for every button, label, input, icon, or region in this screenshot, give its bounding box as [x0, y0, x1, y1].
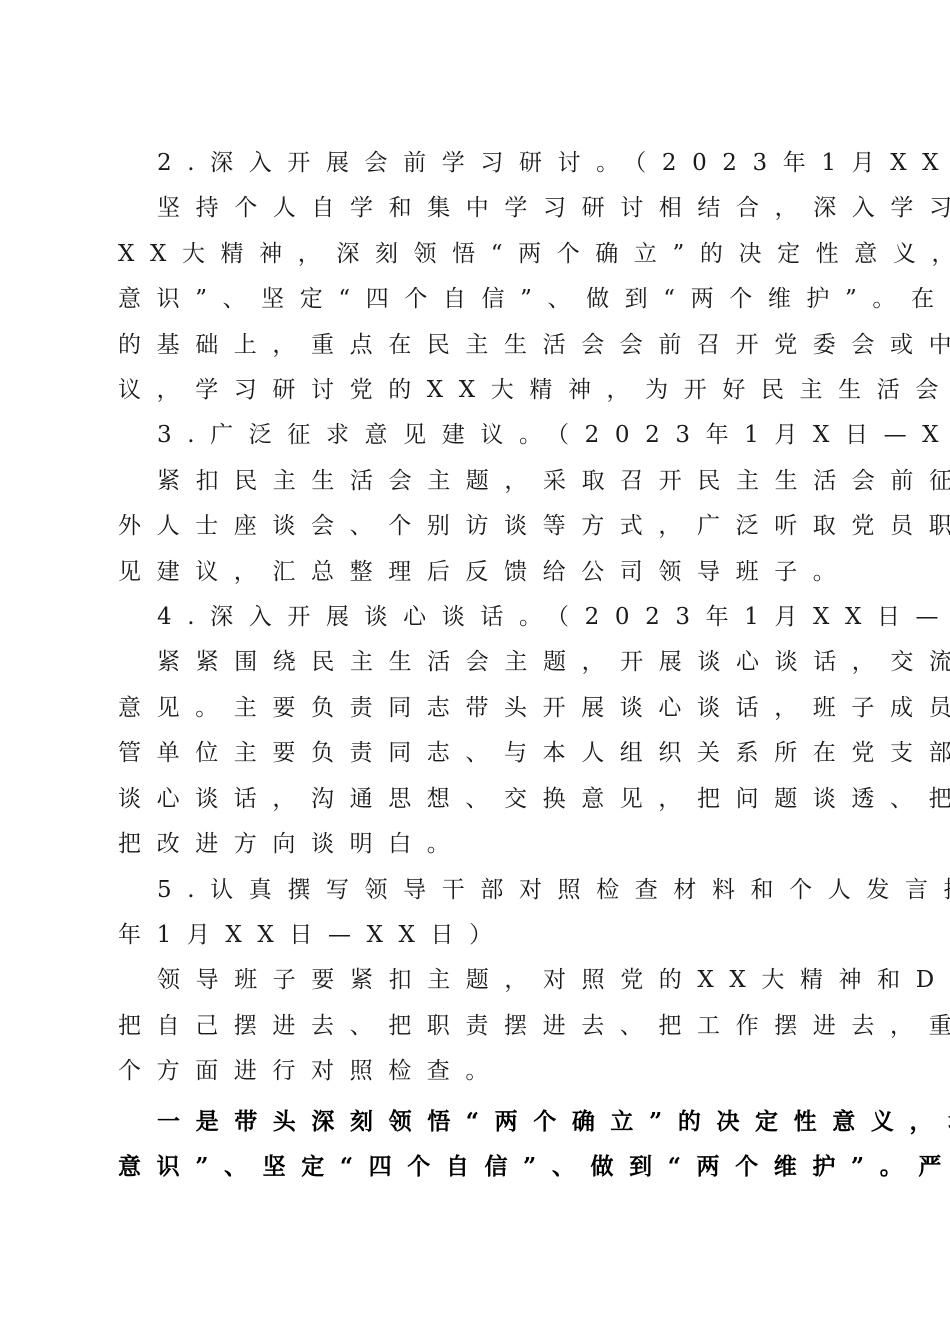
text-line: 2.深入开展会前学习研讨。（2023年1月XX日前） [118, 141, 830, 186]
text-line: 意识”、坚定“四个自信”、做到“两个维护”。在个人自学 [118, 277, 830, 322]
text-line: 5.认真撰写领导干部对照检查材料和个人发言提纲。（2023 [118, 868, 830, 913]
section-heading-2: 2.深入开展会前学习研讨。（2023年1月XX日前） [118, 141, 830, 186]
text-line: 外人士座谈会、个别访谈等方式，广泛听取党员职工群众的意 [118, 504, 830, 549]
text-line: 个方面进行对照检查。 [118, 1049, 830, 1094]
text-line: 意识”、坚定“四个自信”、做到“两个维护”。严明政治纪 [118, 1144, 830, 1189]
text-line: 议，学习研讨党的XX大精神，为开好民主生活会打牢思想基础。 [118, 368, 830, 413]
text-line: 把改进方向谈明白。 [118, 822, 830, 867]
section-body-3: 紧扣民主生活会主题，采取召开民主生活会前征求意见暨党 外人士座谈会、个别访谈等方… [118, 459, 830, 595]
text-line: 4.深入开展谈心谈话。（2023年1月XX日—XX日） [118, 595, 830, 640]
text-line: 一是带头深刻领悟“两个确立”的决定性意义，增强“四个 [118, 1099, 830, 1144]
document-page: 2.深入开展会前学习研讨。（2023年1月XX日前） 坚持个人自学和集中学习研讨… [0, 0, 950, 1344]
text-line: 年1月XX日—XX日） [118, 913, 830, 958]
text-line: 紧扣民主生活会主题，采取召开民主生活会前征求意见暨党 [118, 459, 830, 504]
text-line: 领导班子要紧扣主题，对照党的XX大精神和D章党规党纪， [118, 958, 830, 1003]
text-line: 紧紧围绕民主生活会主题，开展谈心谈话，交流思想、探讨 [118, 640, 830, 685]
section-body-4: 紧紧围绕民主生活会主题，开展谈心谈话，交流思想、探讨 意见。主要负责同志带头开展… [118, 640, 830, 867]
document-body: 2.深入开展会前学习研讨。（2023年1月XX日前） 坚持个人自学和集中学习研讨… [118, 141, 830, 1189]
section-heading-4: 4.深入开展谈心谈话。（2023年1月XX日—XX日） [118, 595, 830, 640]
section-heading-5: 5.认真撰写领导干部对照检查材料和个人发言提纲。（2023 年1月XX日—XX日… [118, 868, 830, 959]
section-body-2: 坚持个人自学和集中学习研讨相结合，深入学习领会党的 XX大精神，深刻领悟“两个确… [118, 186, 830, 413]
text-line: 意见。主要负责同志带头开展谈心谈话，班子成员之间、与分 [118, 686, 830, 731]
text-line: 3.广泛征求意见建议。（2023年1月X日—X日） [118, 413, 830, 458]
text-line: 的基础上，重点在民主生活会会前召开党委会或中心组学习会 [118, 323, 830, 368]
text-line: 谈心谈话，沟通思想、交换意见，把问题谈透、把思想谈通、 [118, 777, 830, 822]
section-heading-3: 3.广泛征求意见建议。（2023年1月X日—X日） [118, 413, 830, 458]
emphasis-paragraph: 一是带头深刻领悟“两个确立”的决定性意义，增强“四个 意识”、坚定“四个自信”、… [118, 1099, 830, 1190]
text-line: 坚持个人自学和集中学习研讨相结合，深入学习领会党的 [118, 186, 830, 231]
section-body-5: 领导班子要紧扣主题，对照党的XX大精神和D章党规党纪， 把自己摆进去、把职责摆进… [118, 958, 830, 1094]
text-line: 见建议，汇总整理后反馈给公司领导班子。 [118, 550, 830, 595]
text-line: 管单位主要负责同志、与本人组织关系所在党支部党员代表要 [118, 731, 830, 776]
text-line: XX大精神，深刻领悟“两个确立”的决定性意义，增强“四个 [118, 232, 830, 277]
text-line: 把自己摆进去、把职责摆进去、把工作摆进去，重点从以下X [118, 1004, 830, 1049]
